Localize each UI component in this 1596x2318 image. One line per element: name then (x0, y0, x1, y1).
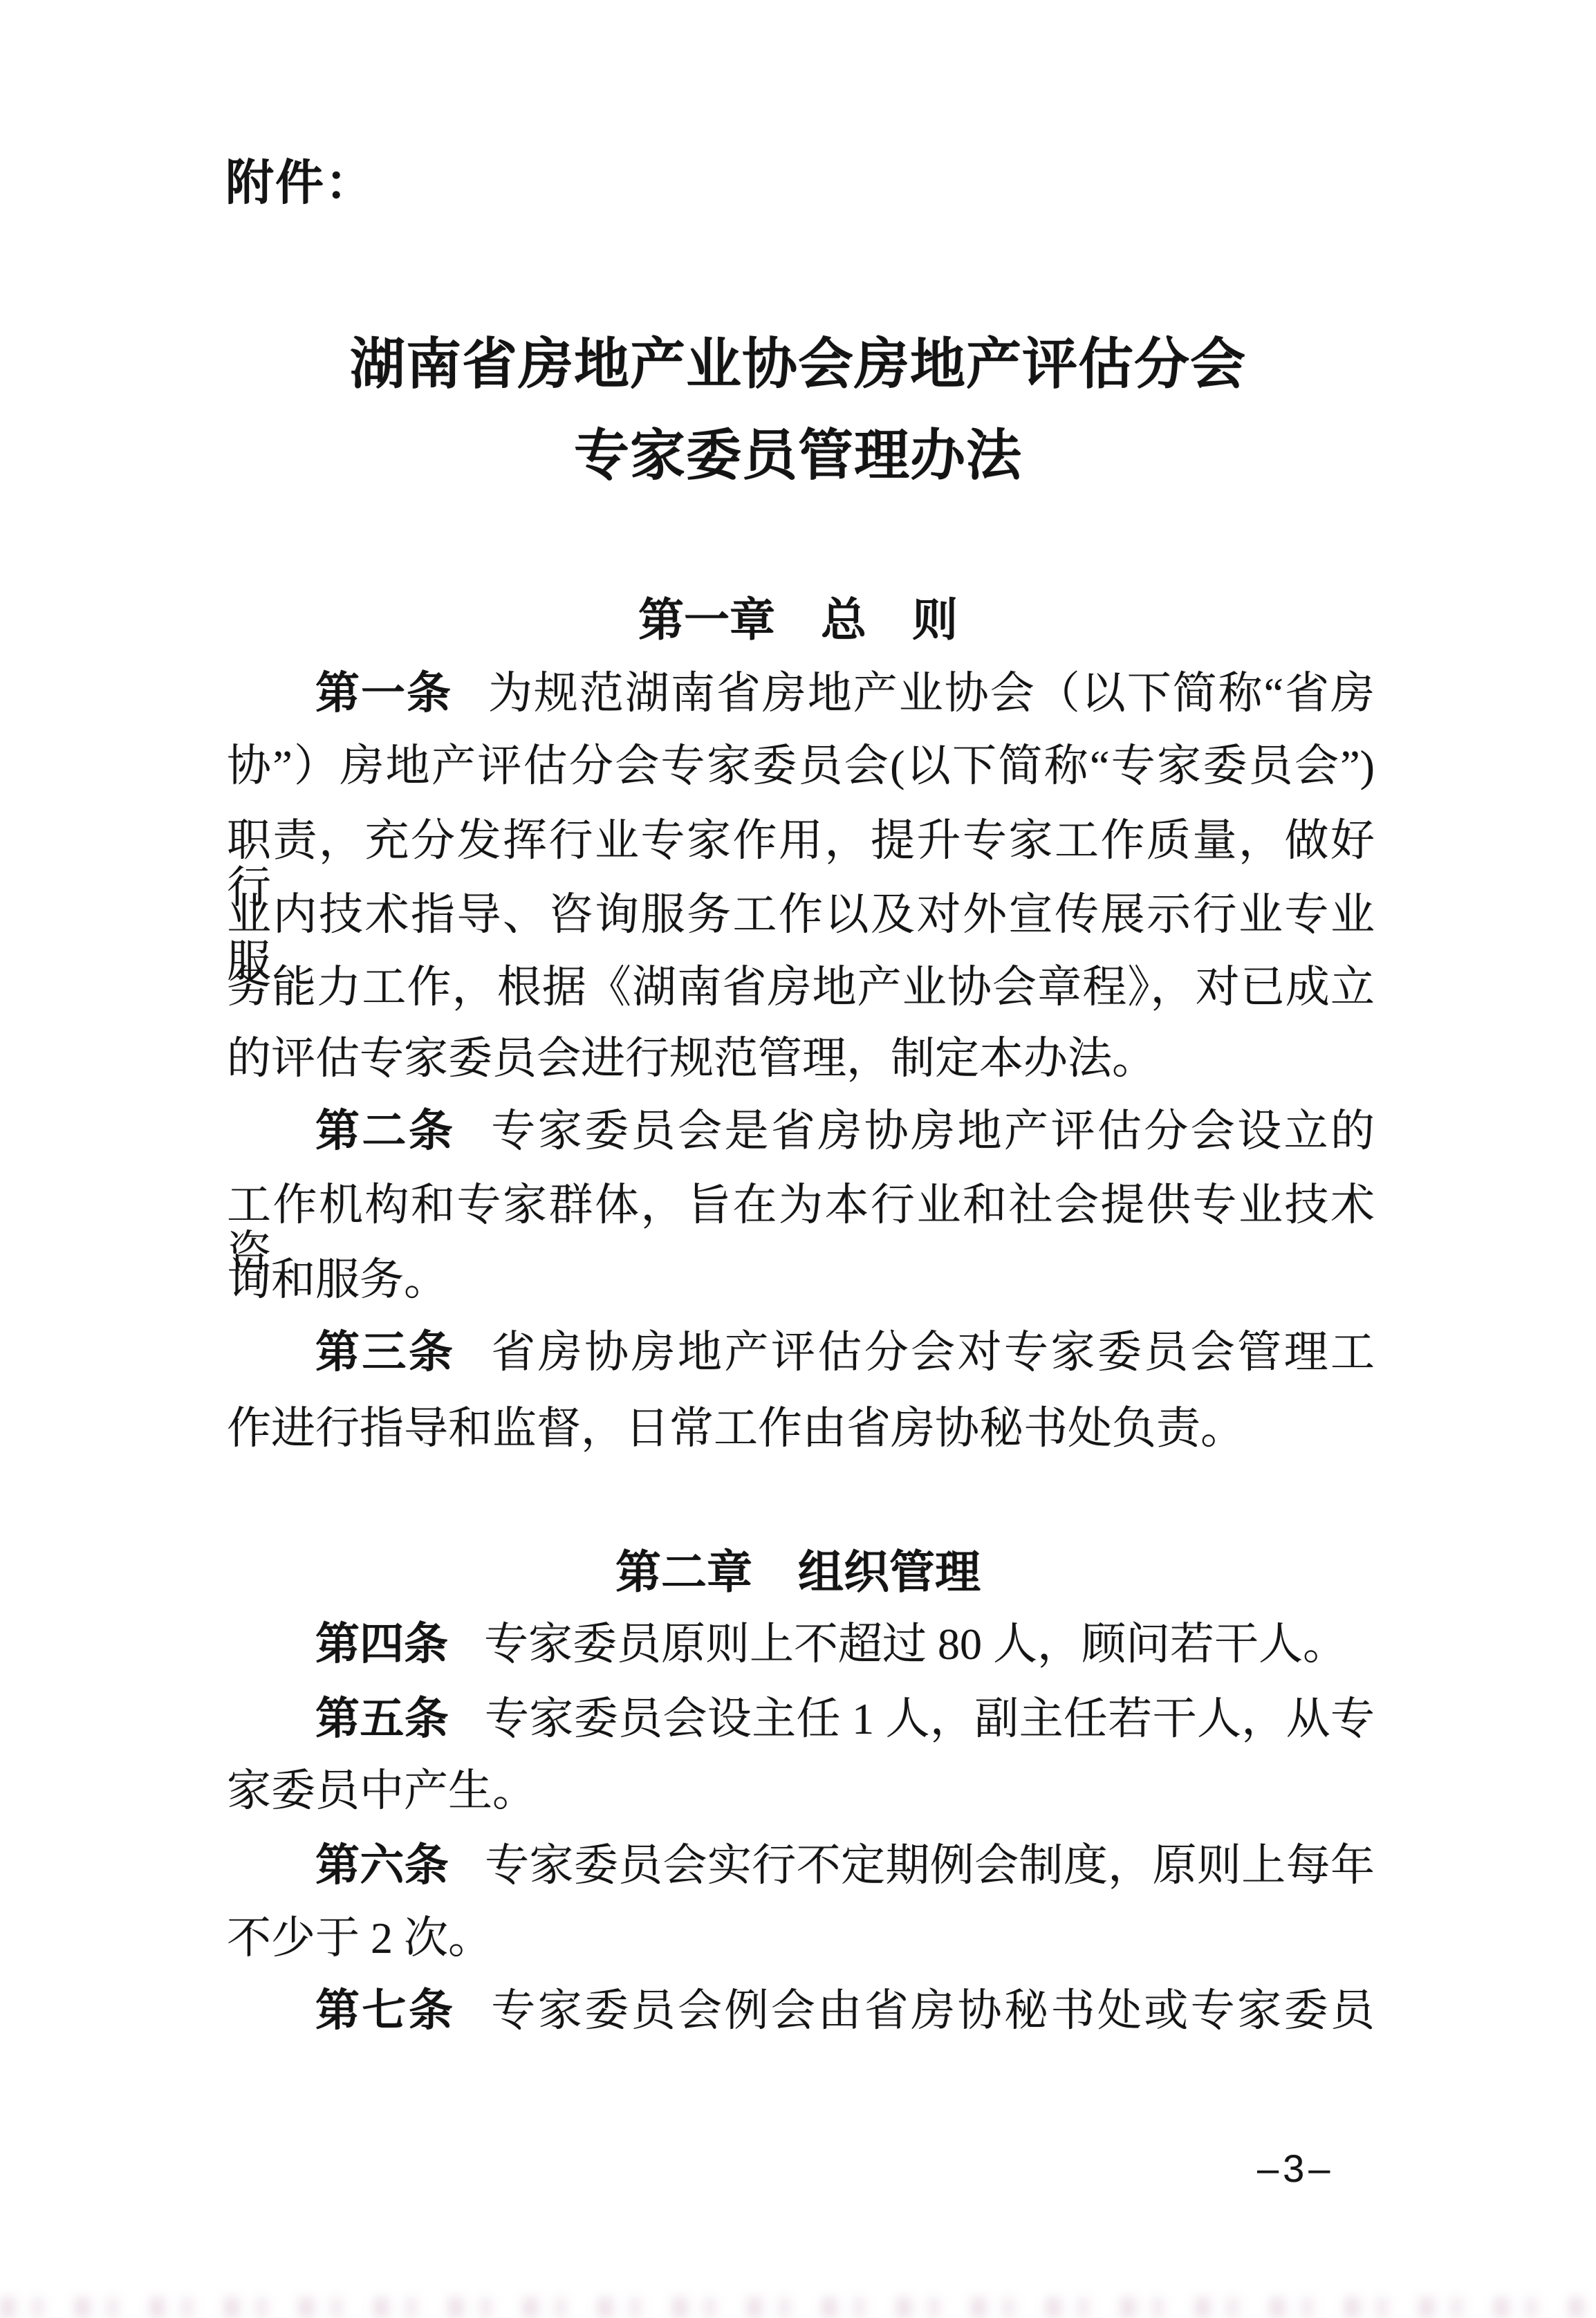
body-line-article-3: 第三条省房协房地产评估分会对专家委员会管理工 (227, 1329, 1375, 1376)
body-line: 务能力工作，根据《湖南省房地产业协会章程》，对已成立 (227, 964, 1375, 1011)
article-1-label: 第一条 (315, 668, 452, 718)
page-number: –3– (1257, 2149, 1334, 2188)
body-line-article-6: 第六条专家委员会实行不定期例会制度，原则上每年 (227, 1842, 1375, 1889)
article-7-label: 第七条 (315, 1985, 455, 2035)
line-text: 专家委员会是省房协房地产评估分会设立的 (491, 1106, 1375, 1156)
scanned-document-page: 附件： 湖南省房地产业协会房地产评估分会 专家委员管理办法 第一章 总 则 第一… (0, 0, 1596, 2318)
article-5-label: 第五条 (315, 1694, 449, 1743)
line-text: 专家委员原则上不超过 80 人，顾问若干人。 (484, 1620, 1347, 1669)
body-line: 协”）房地产评估分会专家委员会(以下简称“专家委员会”) (227, 743, 1375, 790)
body-line-article-4: 第四条专家委员原则上不超过 80 人，顾问若干人。 (227, 1621, 1375, 1668)
line-text: 专家委员会实行不定期例会制度，原则上每年 (485, 1841, 1375, 1890)
chapter-1-heading: 第一章 总 则 (0, 596, 1596, 644)
document-title-line1: 湖南省房地产业协会房地产评估分会 (0, 319, 1596, 411)
line-text: 为规范湖南省房地产业协会（以下简称“省房 (488, 669, 1375, 718)
line-text: 专家委员会设主任 1 人，副主任若干人，从专 (485, 1694, 1375, 1743)
body-line-article-1: 第一条为规范湖南省房地产业协会（以下简称“省房 (227, 670, 1375, 717)
line-text: 的评估专家委员会进行规范管理，制定本办法。 (227, 1034, 1156, 1083)
body-line: 的评估专家委员会进行规范管理，制定本办法。 (227, 1035, 1375, 1082)
line-text: 家委员中产生。 (227, 1766, 537, 1815)
body-line: 不少于 2 次。 (227, 1915, 1375, 1962)
body-line-article-5: 第五条专家委员会设主任 1 人，副主任若干人，从专 (227, 1696, 1375, 1743)
line-text: 询和服务。 (227, 1255, 448, 1304)
body-line-article-2: 第二条专家委员会是省房协房地产评估分会设立的 (227, 1108, 1375, 1155)
line-text: 作进行指导和监督，日常工作由省房协秘书处负责。 (227, 1404, 1245, 1453)
body-line: 家委员中产生。 (227, 1768, 1375, 1815)
article-4-label: 第四条 (315, 1619, 448, 1669)
attachment-label: 附件： (225, 158, 375, 209)
line-text: 不少于 2 次。 (227, 1913, 492, 1963)
body-line: 询和服务。 (227, 1257, 1375, 1304)
article-3-label: 第三条 (315, 1327, 455, 1377)
article-2-label: 第二条 (315, 1106, 455, 1156)
line-text: 专家委员会例会由省房协秘书处或专家委员 (491, 1986, 1375, 2035)
chapter-2-heading: 第二章 组织管理 (0, 1548, 1596, 1596)
body-line-article-7: 第七条专家委员会例会由省房协秘书处或专家委员 (227, 1987, 1375, 2034)
document-title: 湖南省房地产业协会房地产评估分会 专家委员管理办法 (0, 319, 1596, 502)
line-text: 务能力工作，根据《湖南省房地产业协会章程》，对已成立 (227, 963, 1375, 1012)
body-line: 作进行指导和监督，日常工作由省房协秘书处负责。 (227, 1405, 1375, 1452)
scan-artifact-strip (0, 2297, 1596, 2318)
line-text: 协”）房地产评估分会专家委员会(以下简称“专家委员会”) (227, 741, 1375, 790)
article-6-label: 第六条 (315, 1840, 449, 1890)
document-title-line2: 专家委员管理办法 (0, 411, 1596, 502)
line-text: 省房协房地产评估分会对专家委员会管理工 (491, 1328, 1375, 1377)
